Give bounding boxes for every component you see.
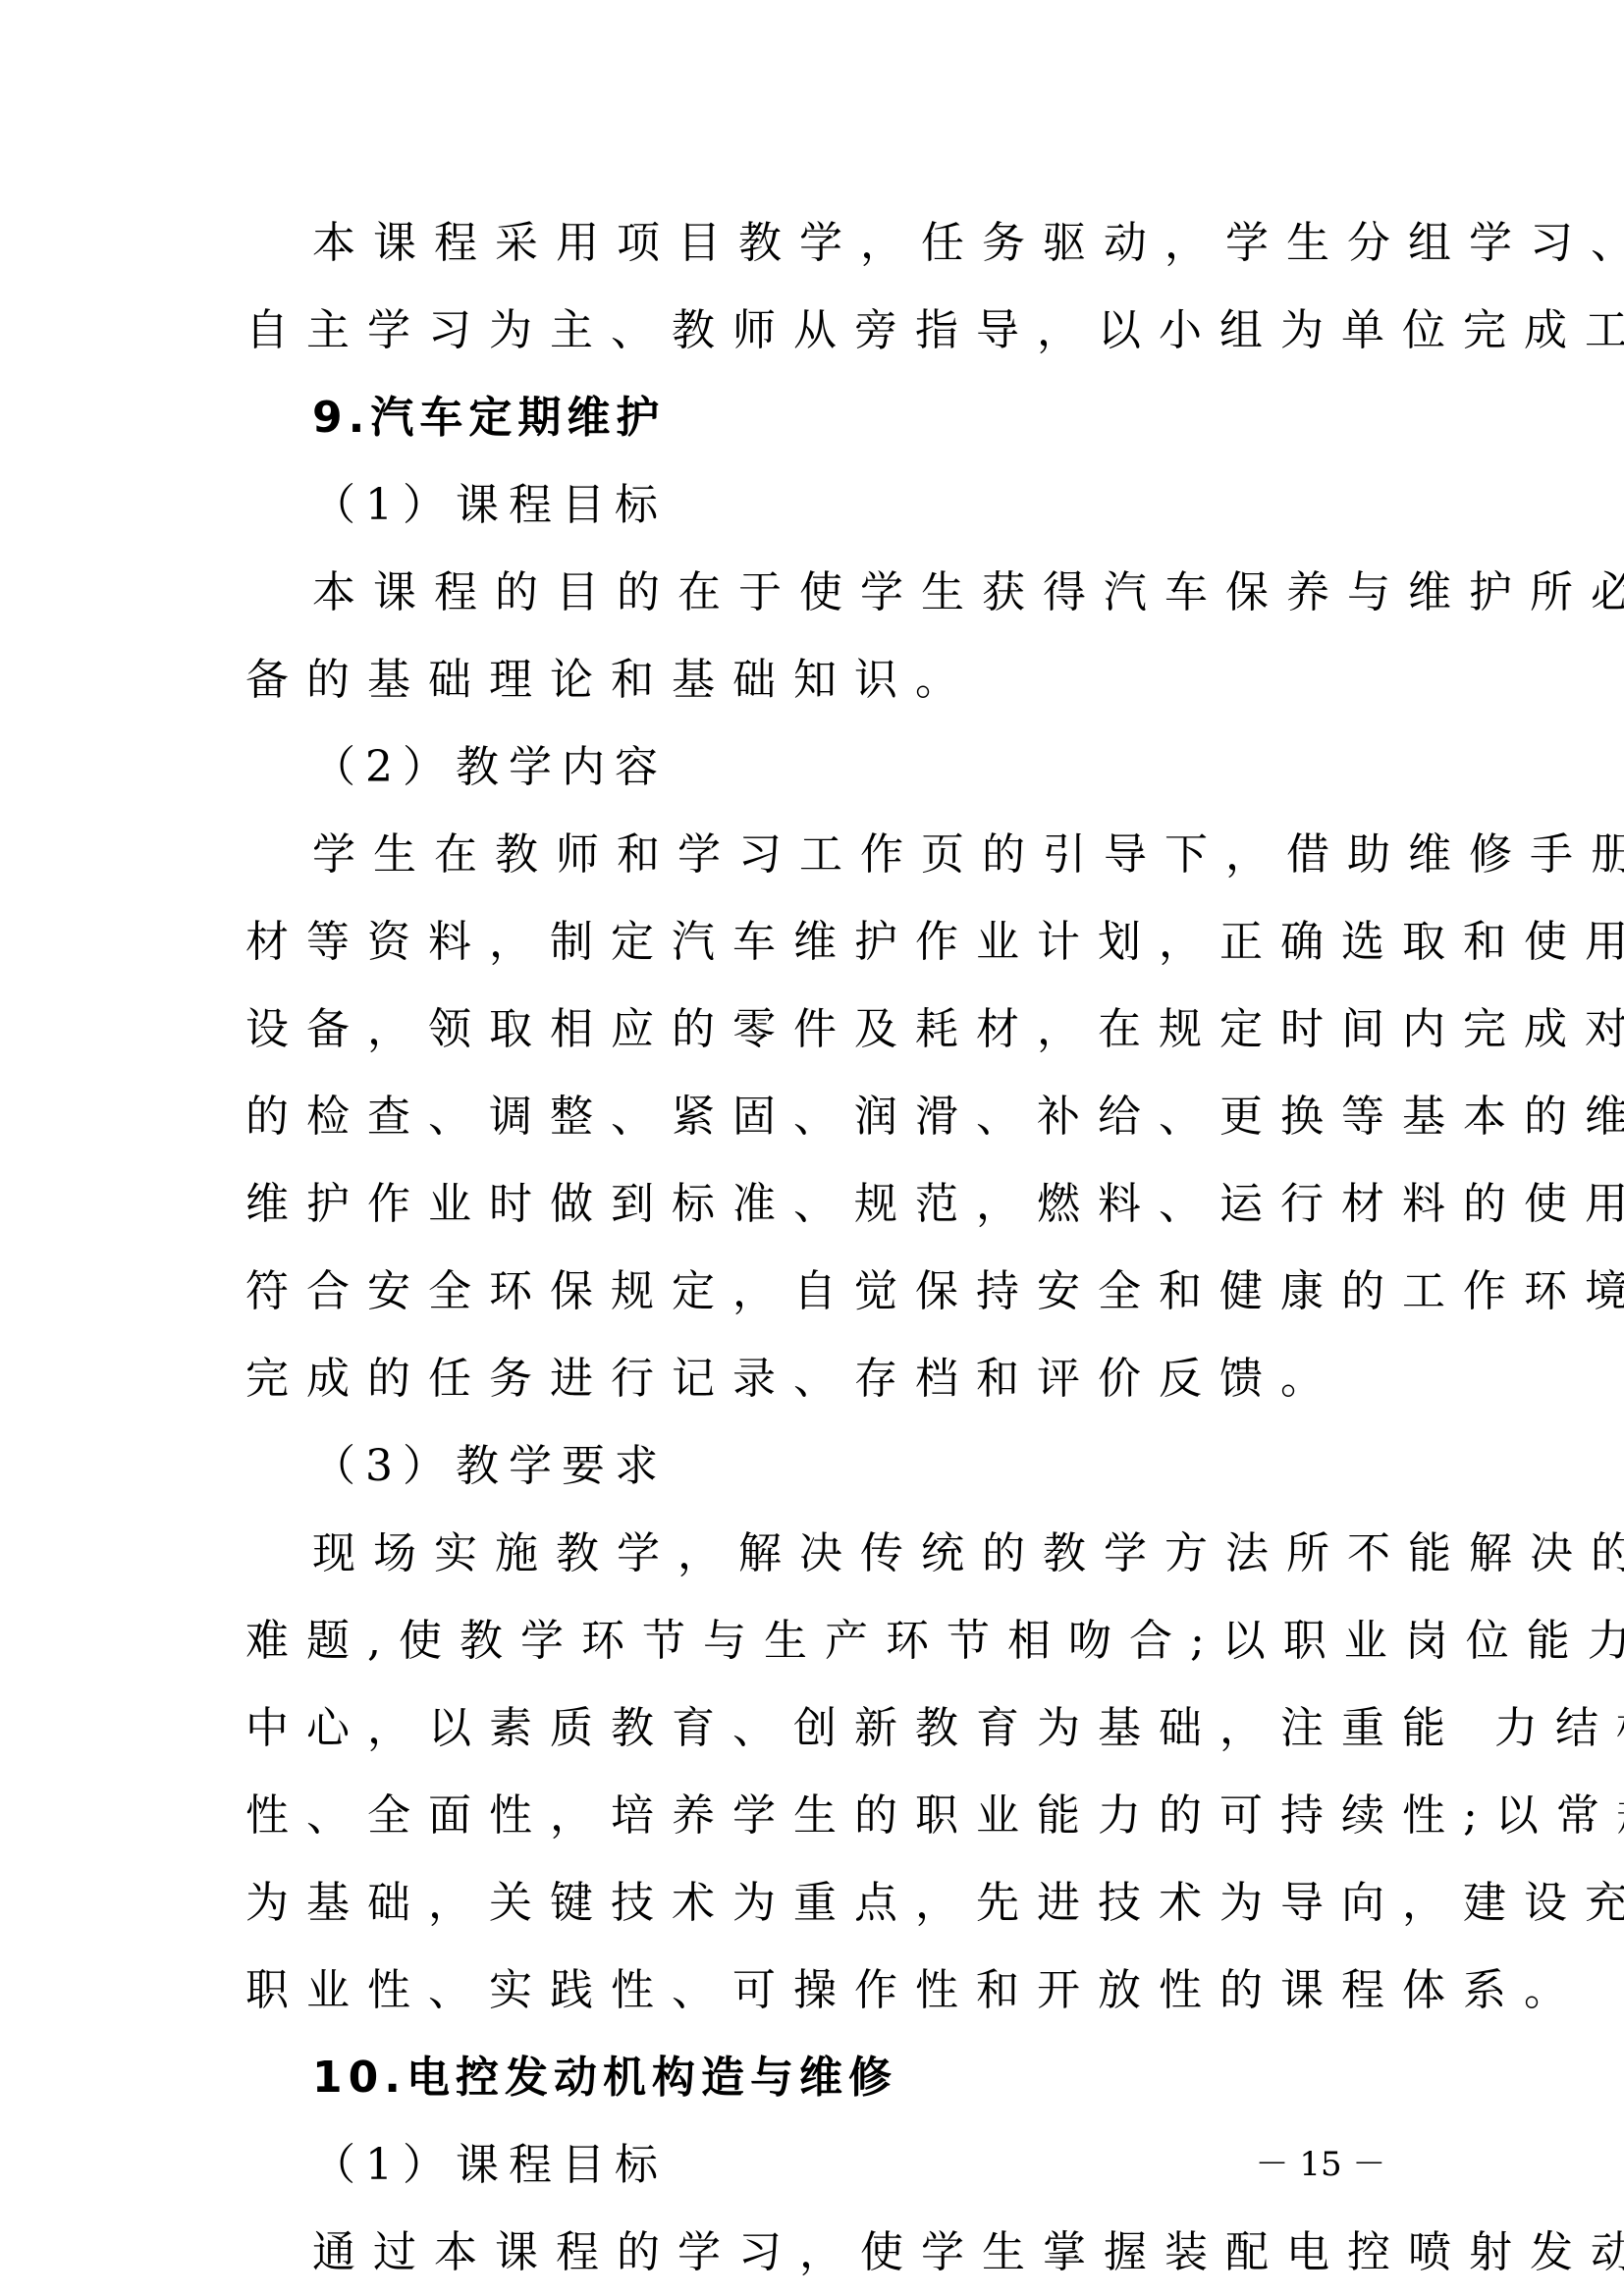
paragraph-line: 中心，以素质教育、创新教育为基础，注重能 力结构的科学 (245, 1684, 1306, 1773)
paragraph-line: 为基础，关键技术为重点，先进技术为导向，建设充分体现 (245, 1859, 1306, 1948)
document-page: 本课程采用项目教学，任务驱动，学生分组学习、互动 自主学习为主、教师从旁指导，以… (0, 0, 1624, 2296)
subheading-course-objective: （1）课程目标 (312, 2121, 1373, 2210)
paragraph-line: 难题,使教学环节与生产环节相吻合;以职业岗位能力培养为 (245, 1597, 1306, 1685)
paragraph-line: 本课程采用项目教学，任务驱动，学生分组学习、互动 (312, 199, 1373, 288)
paragraph-line: 本课程的目的在于使学生获得汽车保养与维护所必须具 (312, 549, 1373, 637)
section-heading-10: 10.电控发动机构造与维修 (312, 2034, 1373, 2122)
paragraph-line: 自主学习为主、教师从旁指导，以小组为单位完成工作。 (245, 287, 1306, 375)
paragraph-line: 完成的任务进行记录、存档和评价反馈。 (245, 1335, 1306, 1423)
paragraph-line: 设备，领取相应的零件及耗材，在规定时间内完成对实训车 (245, 986, 1306, 1074)
paragraph-line: 学生在教师和学习工作页的引导下，借助维修手册、教 (312, 811, 1373, 899)
subheading-teaching-requirements: （3）教学要求 (312, 1422, 1373, 1511)
paragraph-line: 维护作业时做到标准、规范，燃料、运行材料的使用和处理 (245, 1160, 1306, 1249)
paragraph-line: 材等资料，制定汽车维护作业计划，正确选取和使用工具、 (245, 898, 1306, 987)
paragraph-line: 通过本课程的学习，使学生掌握装配电控喷射发动机的 (312, 2209, 1373, 2296)
paragraph-line: 性、全面性，培养学生的职业能力的可持续性;以常规 技术 (245, 1772, 1306, 1860)
section-heading-9: 9.汽车定期维护 (312, 374, 1373, 462)
page-number: － 15 － (1247, 2140, 1394, 2189)
subheading-teaching-content: （2）教学内容 (312, 723, 1373, 812)
subheading-course-objective: （1）课程目标 (312, 461, 1373, 550)
paragraph-line: 备的基础理论和基础知识。 (245, 636, 1306, 724)
paragraph-line: 现场实施教学，解决传统的教学方法所不能解决的教学 (312, 1510, 1373, 1598)
paragraph-line: 符合安全环保规定，自觉保持安全和健康的工作环境。对已 (245, 1248, 1306, 1336)
paragraph-line: 职业性、实践性、可操作性和开放性的课程体系。 (245, 1947, 1306, 2035)
paragraph-line: 的检查、调整、紧固、润滑、补给、更换等基本的维护作业。 (245, 1073, 1306, 1161)
